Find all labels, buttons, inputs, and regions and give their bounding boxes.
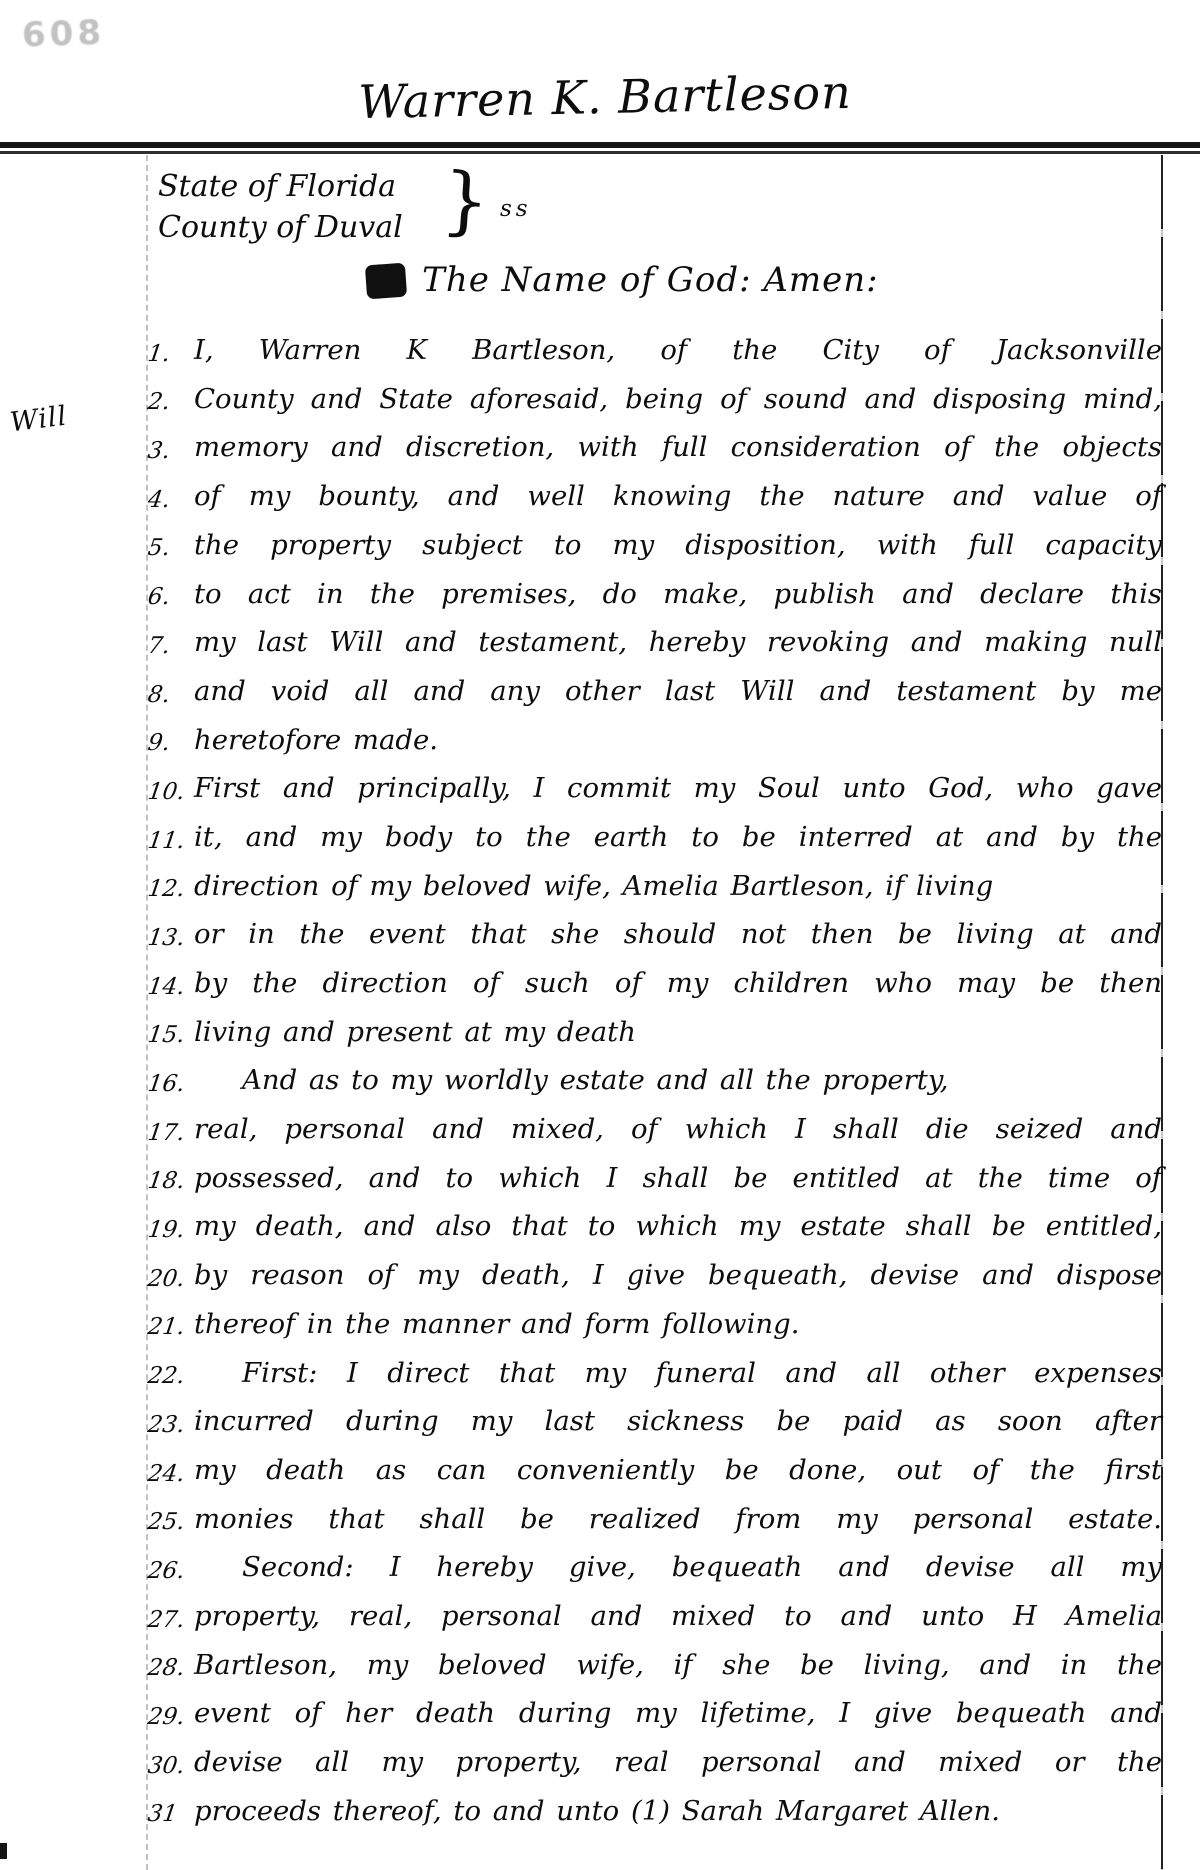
will-line: 30.devise all my property, real personal… bbox=[148, 1730, 1162, 1779]
line-text: event of her death during my lifetime, I… bbox=[194, 1698, 1162, 1730]
will-line: 10.First and principally, I commit my So… bbox=[148, 756, 1162, 805]
will-line: 15.living and present at my death bbox=[148, 1000, 1162, 1049]
will-line: 4.of my bounty, and well knowing the nat… bbox=[148, 464, 1162, 513]
scan-artifact bbox=[0, 1843, 7, 1859]
line-text: memory and discretion, with full conside… bbox=[194, 432, 1162, 464]
venue-county-line: County of Duval bbox=[158, 207, 403, 248]
line-number: 14. bbox=[146, 974, 196, 1000]
will-line: 22.First: I direct that my funeral and a… bbox=[148, 1340, 1162, 1389]
will-line: 8.and void all and any other last Will a… bbox=[148, 659, 1162, 708]
line-number: 17. bbox=[146, 1120, 196, 1146]
invocation-row: InThe Name of God: Amen: bbox=[366, 260, 879, 300]
will-line: 14.by the direction of such of my childr… bbox=[148, 951, 1162, 1000]
rule-bottom-bar bbox=[0, 151, 1200, 154]
will-line: 27.property, real, personal and mixed to… bbox=[148, 1584, 1162, 1633]
will-line: 12.direction of my beloved wife, Amelia … bbox=[148, 854, 1162, 903]
will-line: 26.Second: I hereby give, bequeath and d… bbox=[148, 1535, 1162, 1584]
line-number: 22. bbox=[146, 1363, 196, 1389]
line-number: 2. bbox=[146, 389, 196, 415]
venue-caption: State of Florida County of Duval bbox=[158, 166, 403, 248]
line-number: 10. bbox=[146, 779, 196, 805]
rule-top-bar bbox=[0, 142, 1200, 148]
line-number: 23. bbox=[146, 1412, 196, 1438]
will-body: 1.I, Warren K Bartleson, of the City of … bbox=[148, 318, 1162, 1827]
will-line: 11.it, and my body to the earth to be in… bbox=[148, 805, 1162, 854]
will-line: 6.to act in the premises, do make, publi… bbox=[148, 561, 1162, 610]
line-text: to act in the premises, do make, publish… bbox=[194, 579, 1162, 611]
line-number: 16. bbox=[146, 1071, 196, 1097]
line-text: monies that shall be realized from my pe… bbox=[194, 1504, 1162, 1536]
will-line: 1.I, Warren K Bartleson, of the City of … bbox=[148, 318, 1162, 367]
line-number: 5. bbox=[146, 535, 196, 561]
line-number: 21. bbox=[146, 1314, 196, 1340]
line-text: direction of my beloved wife, Amelia Bar… bbox=[194, 871, 1162, 903]
line-number: 28. bbox=[146, 1655, 196, 1681]
page-number: 608 bbox=[21, 13, 105, 56]
line-number: 25. bbox=[146, 1509, 196, 1535]
will-line: 7.my last Will and testament, hereby rev… bbox=[148, 610, 1162, 659]
line-text: the property subject to my disposition, … bbox=[194, 530, 1162, 562]
will-line: 16.And as to my worldly estate and all t… bbox=[148, 1048, 1162, 1097]
header-double-rule bbox=[0, 142, 1200, 154]
document-page: 608 Warren K. Bartleson Will State of Fl… bbox=[0, 0, 1200, 1870]
line-text: Second: I hereby give, bequeath and devi… bbox=[194, 1552, 1162, 1584]
line-number: 1. bbox=[146, 341, 196, 367]
line-text: it, and my body to the earth to be inter… bbox=[194, 822, 1162, 854]
line-number: 27. bbox=[146, 1607, 196, 1633]
will-line: 31proceeds thereof, to and unto (1) Sara… bbox=[148, 1779, 1162, 1828]
line-number: 6. bbox=[146, 584, 196, 610]
line-number: 20. bbox=[146, 1266, 196, 1292]
line-text: real, personal and mixed, of which I sha… bbox=[194, 1114, 1162, 1146]
line-text: County and State aforesaid, being of sou… bbox=[194, 384, 1162, 416]
line-text: First and principally, I commit my Soul … bbox=[194, 773, 1162, 805]
ss-label: ss bbox=[500, 196, 532, 222]
line-text: or in the event that she should not then… bbox=[194, 919, 1162, 951]
line-number: 7. bbox=[146, 633, 196, 659]
document-title: Warren K. Bartleson bbox=[349, 65, 860, 130]
line-number: 26. bbox=[146, 1558, 196, 1584]
line-number: 29. bbox=[146, 1704, 196, 1730]
line-text: by the direction of such of my children … bbox=[194, 968, 1162, 1000]
will-line: 21.thereof in the manner and form follow… bbox=[148, 1292, 1162, 1341]
line-text: devise all my property, real personal an… bbox=[194, 1747, 1162, 1779]
line-text: incurred during my last sickness be paid… bbox=[194, 1406, 1162, 1438]
will-line: 5.the property subject to my disposition… bbox=[148, 513, 1162, 562]
caption-brace: } bbox=[439, 156, 492, 245]
will-line: 23.incurred during my last sickness be p… bbox=[148, 1389, 1162, 1438]
will-line: 2.County and State aforesaid, being of s… bbox=[148, 367, 1162, 416]
line-number: 8. bbox=[146, 682, 196, 708]
line-text: Bartleson, my beloved wife, if she be li… bbox=[194, 1650, 1162, 1682]
venue-state-line: State of Florida bbox=[158, 166, 403, 207]
line-text: thereof in the manner and form following… bbox=[194, 1309, 1162, 1341]
line-number: 18. bbox=[146, 1168, 196, 1194]
line-text: of my bounty, and well knowing the natur… bbox=[194, 481, 1162, 513]
line-text: I, Warren K Bartleson, of the City of Ja… bbox=[194, 335, 1162, 367]
line-text: my death, and also that to which my esta… bbox=[194, 1211, 1162, 1243]
line-text: living and present at my death bbox=[194, 1017, 1162, 1049]
line-number: 4. bbox=[146, 487, 196, 513]
margin-note-will: Will bbox=[8, 401, 69, 439]
will-line: 25.monies that shall be realized from my… bbox=[148, 1487, 1162, 1536]
line-text: and void all and any other last Will and… bbox=[194, 676, 1162, 708]
line-text: my death as can conveniently be done, ou… bbox=[194, 1455, 1162, 1487]
line-number: 11. bbox=[146, 828, 196, 854]
line-number: 15. bbox=[146, 1022, 196, 1048]
line-text: my last Will and testament, hereby revok… bbox=[194, 627, 1162, 659]
line-number: 9. bbox=[146, 730, 196, 756]
line-text: First: I direct that my funeral and all … bbox=[194, 1358, 1162, 1390]
will-line: 20.by reason of my death, I give bequeat… bbox=[148, 1243, 1162, 1292]
line-number: 24. bbox=[146, 1461, 196, 1487]
will-line: 29.event of her death during my lifetime… bbox=[148, 1681, 1162, 1730]
will-line: 17.real, personal and mixed, of which I … bbox=[148, 1097, 1162, 1146]
line-number: 31 bbox=[146, 1801, 196, 1827]
line-text: possessed, and to which I shall be entit… bbox=[194, 1163, 1162, 1195]
line-number: 3. bbox=[146, 438, 196, 464]
will-line: 24.my death as can conveniently be done,… bbox=[148, 1438, 1162, 1487]
will-line: 18.possessed, and to which I shall be en… bbox=[148, 1146, 1162, 1195]
line-number: 19. bbox=[146, 1217, 196, 1243]
inked-out-word: In bbox=[365, 263, 407, 300]
line-text: And as to my worldly estate and all the … bbox=[194, 1065, 1162, 1097]
will-line: 3.memory and discretion, with full consi… bbox=[148, 415, 1162, 464]
invocation-text: The Name of God: Amen: bbox=[422, 260, 878, 300]
will-line: 9.heretofore made. bbox=[148, 708, 1162, 757]
line-number: 30. bbox=[146, 1753, 196, 1779]
line-number: 12. bbox=[146, 876, 196, 902]
will-line: 13.or in the event that she should not t… bbox=[148, 902, 1162, 951]
will-line: 28.Bartleson, my beloved wife, if she be… bbox=[148, 1633, 1162, 1682]
line-text: by reason of my death, I give bequeath, … bbox=[194, 1260, 1162, 1292]
line-text: heretofore made. bbox=[194, 725, 1162, 757]
will-line: 19.my death, and also that to which my e… bbox=[148, 1194, 1162, 1243]
line-number: 13. bbox=[146, 925, 196, 951]
line-text: property, real, personal and mixed to an… bbox=[194, 1601, 1162, 1633]
line-text: proceeds thereof, to and unto (1) Sarah … bbox=[194, 1796, 1162, 1828]
